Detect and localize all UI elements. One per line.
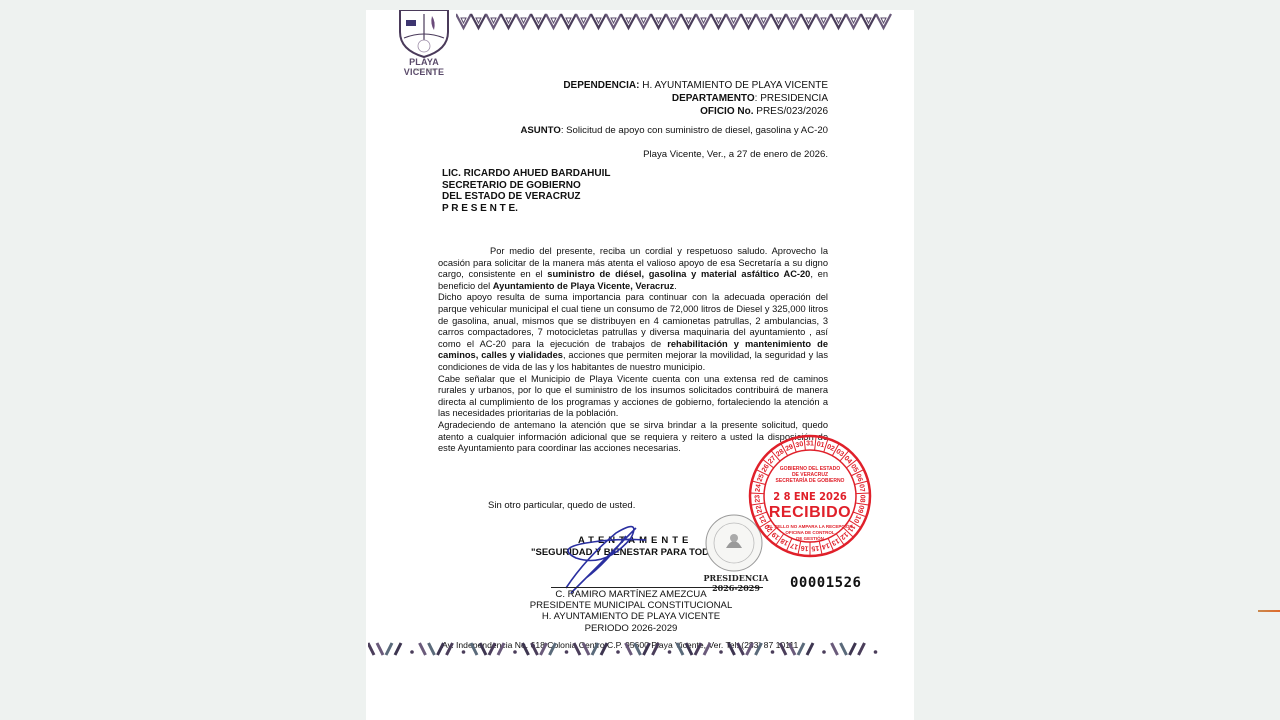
departamento-value: : PRESIDENCIA <box>755 93 828 104</box>
p1-bold-supplies: suministro de diésel, gasolina y materia… <box>547 269 810 279</box>
asunto-value: : Solicitud de apoyo con suministro de d… <box>561 125 828 136</box>
oficio-value: PRES/023/2026 <box>756 106 828 117</box>
municipal-crest-icon <box>394 10 454 58</box>
oficio-label: OFICIO No. <box>700 106 753 117</box>
stamp-status: RECIBIDO <box>746 504 874 522</box>
farewell: Sin otro particular, quedo de usted. <box>488 500 635 511</box>
stamp-date: 2 8 ENE 2026 <box>746 490 874 503</box>
handwritten-signature <box>546 518 666 598</box>
stamp-org: GOBIERNO DEL ESTADO DE VERACRUZ SECRETAR… <box>746 466 874 484</box>
signer-entity: H. AYUNTAMIENTO DE PLAYA VICENTE <box>496 611 766 622</box>
addressee-title: SECRETARIO DE GOBIERNO <box>442 180 611 192</box>
stamp-note-line3: DE GESTIÓN <box>746 536 874 542</box>
addressee-entity: DEL ESTADO DE VERACRUZ <box>442 191 611 203</box>
signer-block: C. RAMIRO MARTÍNEZ AMEZCUA PRESIDENTE MU… <box>496 589 766 634</box>
crest-period: 2026 - 2029 <box>388 67 460 72</box>
decorative-bottom-border <box>368 640 883 658</box>
decorative-top-border <box>456 10 896 32</box>
paragraph-3: Cabe señalar que el Municipio de Playa V… <box>438 374 828 420</box>
departamento-line: DEPARTAMENTO: PRESIDENCIA <box>672 93 828 104</box>
received-stamp-text: GOBIERNO DEL ESTADO DE VERACRUZ SECRETAR… <box>746 432 874 560</box>
letter-body: Por medio del presente, reciba un cordia… <box>438 246 828 455</box>
stamp-org-line3: SECRETARÍA DE GOBIERNO <box>746 478 874 484</box>
edge-mark <box>1258 610 1280 612</box>
departamento-label: DEPARTAMENTO <box>672 93 755 104</box>
seal-label: PRESIDENCIA <box>701 573 771 583</box>
folio-number: 00001526 <box>790 575 861 591</box>
signer-period: PERIODO 2026-2029 <box>496 623 766 634</box>
place-date: Playa Vicente, Ver., a 27 de enero de 20… <box>643 149 828 160</box>
stamp-note: EL SELLO NO AMPARA LA RECEPCIÓN OFICINA … <box>746 524 874 542</box>
dependencia-label: DEPENDENCIA: <box>563 80 639 91</box>
addressee-presente: P R E S E N T E. <box>442 203 611 215</box>
asunto-label: ASUNTO <box>520 125 560 136</box>
paragraph-2: Dicho apoyo resulta de suma importancia … <box>438 292 828 373</box>
addressee-name: LIC. RICARDO AHUED BARDAHUIL <box>442 168 611 180</box>
paragraph-1: Por medio del presente, reciba un cordia… <box>438 246 828 292</box>
seal-years: 2026-2029 <box>701 583 771 593</box>
asunto-line: ASUNTO: Solicitud de apoyo con suministr… <box>520 125 828 136</box>
signer-title: PRESIDENTE MUNICIPAL CONSTITUCIONAL <box>496 600 766 611</box>
presidency-seal-label: PRESIDENCIA 2026-2029 <box>701 573 771 593</box>
p1-text-3: . <box>674 281 677 291</box>
oficio-line: OFICIO No. PRES/023/2026 <box>700 106 828 117</box>
dependencia-value: H. AYUNTAMIENTO DE PLAYA VICENTE <box>642 80 828 91</box>
addressee-block: LIC. RICARDO AHUED BARDAHUIL SECRETARIO … <box>442 168 611 214</box>
scanned-letter-page: PLAYA VICENTE 2026 - 2029 DEPENDENCIA: H… <box>366 10 914 720</box>
dependencia-line: DEPENDENCIA: H. AYUNTAMIENTO DE PLAYA VI… <box>563 80 828 91</box>
p1-bold-ayuntamiento: Ayuntamiento de Playa Vicente, Veracruz <box>493 281 674 291</box>
